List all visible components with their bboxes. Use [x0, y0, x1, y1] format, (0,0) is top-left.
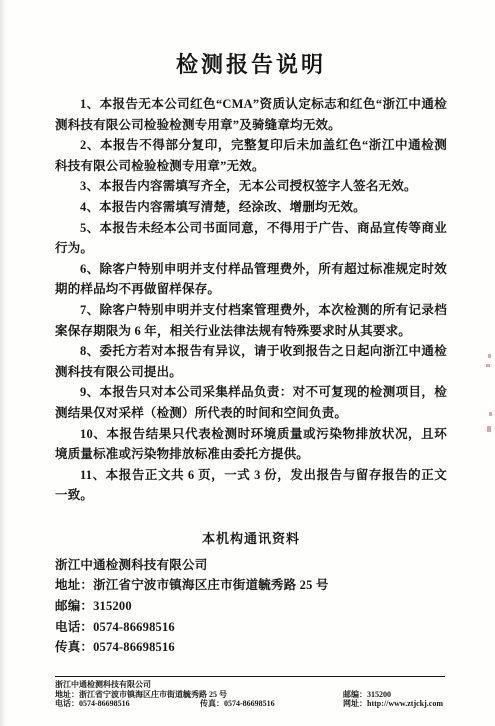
- note-item-10: 10、本报告结果只代表检测时环境质量或污染物排放状况，且环境质量标准或污染物排放…: [55, 424, 447, 465]
- document-body: 检测报告说明 1、本报告无本公司红色“CMA”资质认定标志和红色“浙江中通检测科…: [55, 52, 447, 658]
- note-item-7: 7、除客户特别申明并支付档案管理费外，本次检测的所有记录档案保存期限为 6 年，…: [55, 300, 447, 341]
- note-item-9: 9、本报告只对本公司采集样品负责：对不可复现的检测项目，检测结果仅对采样（检测）…: [55, 382, 447, 423]
- red-bleed-mark: [488, 354, 491, 358]
- footer-postcode: 邮编：315200: [343, 690, 391, 700]
- contact-postcode: 邮编：315200: [55, 596, 447, 617]
- scanned-report-page: 检测报告说明 1、本报告无本公司红色“CMA”资质认定标志和红色“浙江中通检测科…: [0, 0, 495, 726]
- footer-address-row: 地址：浙江省宁波市镇海区庄市街道毓秀路 25 号 邮编：315200: [55, 690, 445, 700]
- note-item-8: 8、委托方若对本报告有异议，请于收到报告之日起向浙江中通检测科技有限公司提出。: [55, 341, 447, 382]
- note-item-5: 5、本报告未经本公司书面同意，不得用于广告、商品宣传等商业行为。: [55, 218, 447, 259]
- footer-company: 浙江中通检测科技有限公司: [55, 680, 151, 689]
- page-footer: 浙江中通检测科技有限公司 地址：浙江省宁波市镇海区庄市街道毓秀路 25 号 邮编…: [55, 676, 445, 709]
- contact-address: 地址：浙江省宁波市镇海区庄市街道毓秀路 25 号: [55, 575, 447, 596]
- contact-heading: 本机构通讯资料: [55, 528, 447, 547]
- note-item-6: 6、除客户特别申明并支付样品管理费外，所有超过标准规定时效期的样品均不再做留样保…: [55, 259, 447, 300]
- contact-company: 浙江中通检测科技有限公司: [55, 555, 447, 576]
- note-item-1: 1、本报告无本公司红色“CMA”资质认定标志和红色“浙江中通检测科技有限公司检验…: [55, 94, 447, 135]
- footer-divider: [55, 676, 445, 677]
- scan-edge-shadow: [0, 0, 7, 726]
- contact-section: 本机构通讯资料 浙江中通检测科技有限公司 地址：浙江省宁波市镇海区庄市街道毓秀路…: [55, 528, 447, 658]
- contact-fax: 传真：0574-86698516: [55, 637, 447, 658]
- red-bleed-mark: [487, 426, 491, 432]
- footer-address: 地址：浙江省宁波市镇海区庄市街道毓秀路 25 号: [55, 690, 227, 699]
- footer-website: 网址：http://www.ztjckj.com: [343, 699, 443, 709]
- note-item-3: 3、本报告内容需填写齐全，无本公司授权签字人签名无效。: [55, 176, 447, 197]
- footer-phone: 电话：0574-86698516: [55, 699, 130, 708]
- note-item-2: 2、本报告不得部分复印，完整复印后未加盖红色“浙江中通检测科技有限公司检验检测专…: [55, 135, 447, 176]
- contact-phone: 电话：0574-86698516: [55, 617, 447, 638]
- red-bleed-mark: [489, 412, 492, 416]
- red-bleed-mark: [486, 364, 490, 367]
- note-item-11: 11、本报告正文共 6 页，一式 3 份，发出报告与留存报告的正文一致。: [55, 465, 447, 506]
- footer-phone-row: 电话：0574-86698516 传真：0574-86698516 网址：htt…: [55, 699, 445, 709]
- page-title: 检测报告说明: [55, 52, 447, 78]
- footer-company-row: 浙江中通检测科技有限公司: [55, 680, 445, 690]
- note-item-4: 4、本报告内容需填写清楚，经涂改、增删均无效。: [55, 197, 447, 218]
- footer-fax: 传真：0574-86698516: [200, 699, 275, 709]
